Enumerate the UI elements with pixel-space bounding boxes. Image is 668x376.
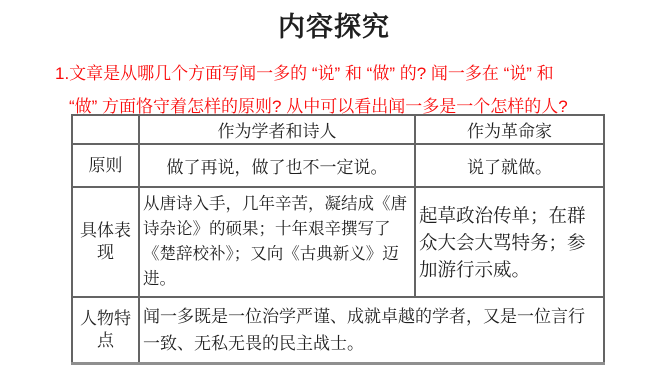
row-label-traits: 人物特点 — [72, 297, 139, 363]
header-cell-revolutionary: 作为革命家 — [415, 115, 604, 144]
deeds-scholar-cell: 从唐诗入手，几年辛苦，凝结成《唐诗杂论》的硕果；十年艰辛撰写了《楚辞校补》；又向… — [139, 187, 415, 297]
table-row-deeds: 具体表现 从唐诗入手，几年辛苦，凝结成《唐诗杂论》的硕果；十年艰辛撰写了《楚辞校… — [72, 187, 604, 297]
page-title: 内容探究 — [0, 5, 668, 44]
question-line-1: 1.文章是从哪几个方面写闻一多的 “说” 和 “做” 的? 闻一多在 “说” 和 — [55, 57, 640, 90]
slide: 内容探究 1.文章是从哪几个方面写闻一多的 “说” 和 “做” 的? 闻一多在 … — [0, 0, 668, 376]
principle-revolutionary-cell: 说了就做。 — [415, 144, 604, 187]
table-row-traits: 人物特点 闻一多既是一位治学严谨、成就卓越的学者，又是一位言行一致、无私无畏的民… — [72, 297, 604, 363]
principle-scholar-cell: 做了再说，做了也不一定说。 — [139, 144, 415, 187]
row-label-deeds: 具体表现 — [72, 187, 139, 297]
traits-summary-cell: 闻一多既是一位治学严谨、成就卓越的学者，又是一位言行一致、无私无畏的民主战士。 — [139, 297, 604, 363]
table-header-row: 作为学者和诗人 作为革命家 — [72, 115, 604, 144]
row-label-principle: 原则 — [72, 144, 139, 187]
analysis-table: 作为学者和诗人 作为革命家 原则 做了再说，做了也不一定说。 说了就做。 具体表… — [71, 114, 605, 365]
deeds-revolutionary-cell: 起草政治传单；在群众大会大骂特务；参加游行示威。 — [415, 187, 604, 297]
header-cell-empty — [72, 115, 139, 144]
header-cell-scholar: 作为学者和诗人 — [139, 115, 415, 144]
table-row-principle: 原则 做了再说，做了也不一定说。 说了就做。 — [72, 144, 604, 187]
